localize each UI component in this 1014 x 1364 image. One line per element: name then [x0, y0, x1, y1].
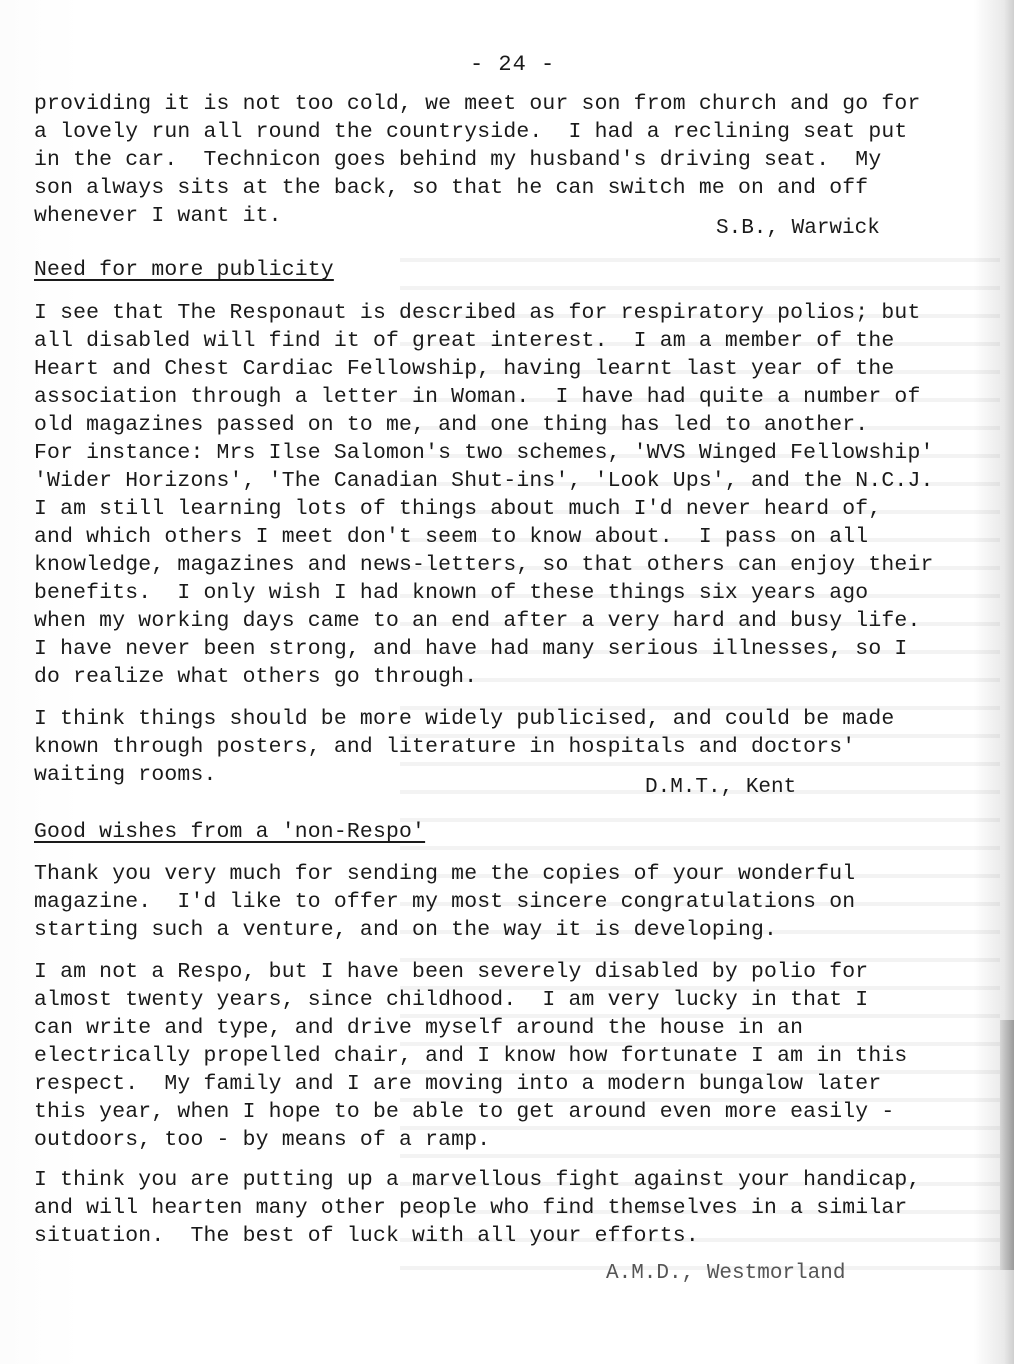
letter-3-heading: Good wishes from a 'non-Respo' — [34, 818, 425, 846]
letter-2-line: 'Wider Horizons', 'The Canadian Shut-ins… — [34, 467, 934, 495]
letter-3-line: I am not a Respo, but I have been severe… — [34, 958, 868, 986]
letter-2-line: I see that The Responaut is described as… — [34, 299, 920, 327]
letter-2-line: For instance: Mrs Ilse Salomon's two sch… — [34, 439, 934, 467]
letter-3-line: respect. My family and I are moving into… — [34, 1070, 881, 1098]
letter-2-line: do realize what others go through. — [34, 663, 477, 691]
letter-1-line: in the car. Technicon goes behind my hus… — [34, 146, 881, 174]
letter-3-line: almost twenty years, since childhood. I … — [34, 986, 868, 1014]
letter-3-line: situation. The best of luck with all you… — [34, 1222, 699, 1250]
letter-3-line: can write and type, and drive myself aro… — [34, 1014, 803, 1042]
letter-3-line: outdoors, too - by means of a ramp. — [34, 1126, 490, 1154]
letter-2-line: I am still learning lots of things about… — [34, 495, 881, 523]
letter-2-line: benefits. I only wish I had known of the… — [34, 579, 868, 607]
page-edge-shadow — [1000, 1020, 1014, 1270]
letter-2-line: all disabled will find it of great inter… — [34, 327, 894, 355]
letter-1-line: whenever I want it. — [34, 202, 282, 230]
letter-3-line: magazine. I'd like to offer my most sinc… — [34, 888, 855, 916]
letter-2-line: waiting rooms. — [34, 761, 217, 789]
letter-3-line: starting such a venture, and on the way … — [34, 916, 777, 944]
letter-3-line: this year, when I hope to be able to get… — [34, 1098, 894, 1126]
letter-2-heading: Need for more publicity — [34, 256, 334, 284]
letter-2-signature: D.M.T., Kent — [645, 776, 796, 799]
letter-2-line: when my working days came to an end afte… — [34, 607, 920, 635]
letter-3-line: I think you are putting up a marvellous … — [34, 1166, 920, 1194]
letter-2-line: known through posters, and literature in… — [34, 733, 855, 761]
scanned-page: - 24 - providing it is not too cold, we … — [0, 0, 1014, 1364]
letter-3-line: Thank you very much for sending me the c… — [34, 860, 855, 888]
letter-3-line: electrically propelled chair, and I know… — [34, 1042, 907, 1070]
page-number: - 24 - — [470, 52, 555, 77]
letter-2-line: I think things should be more widely pub… — [34, 705, 894, 733]
letter-2-line: I have never been strong, and have had m… — [34, 635, 907, 663]
letter-2-line: Heart and Chest Cardiac Fellowship, havi… — [34, 355, 894, 383]
letter-1-line: son always sits at the back, so that he … — [34, 174, 868, 202]
letter-3-line: and will hearten many other people who f… — [34, 1194, 907, 1222]
letter-2-line: and which others I meet don't seem to kn… — [34, 523, 868, 551]
letter-1-signature: S.B., Warwick — [716, 217, 880, 240]
letter-1-line: providing it is not too cold, we meet ou… — [34, 90, 920, 118]
letter-3-signature: A.M.D., Westmorland — [606, 1262, 845, 1285]
letter-2-line: old magazines passed on to me, and one t… — [34, 411, 868, 439]
letter-2-line: association through a letter in Woman. I… — [34, 383, 920, 411]
letter-2-line: knowledge, magazines and news-letters, s… — [34, 551, 934, 579]
letter-1-line: a lovely run all round the countryside. … — [34, 118, 907, 146]
